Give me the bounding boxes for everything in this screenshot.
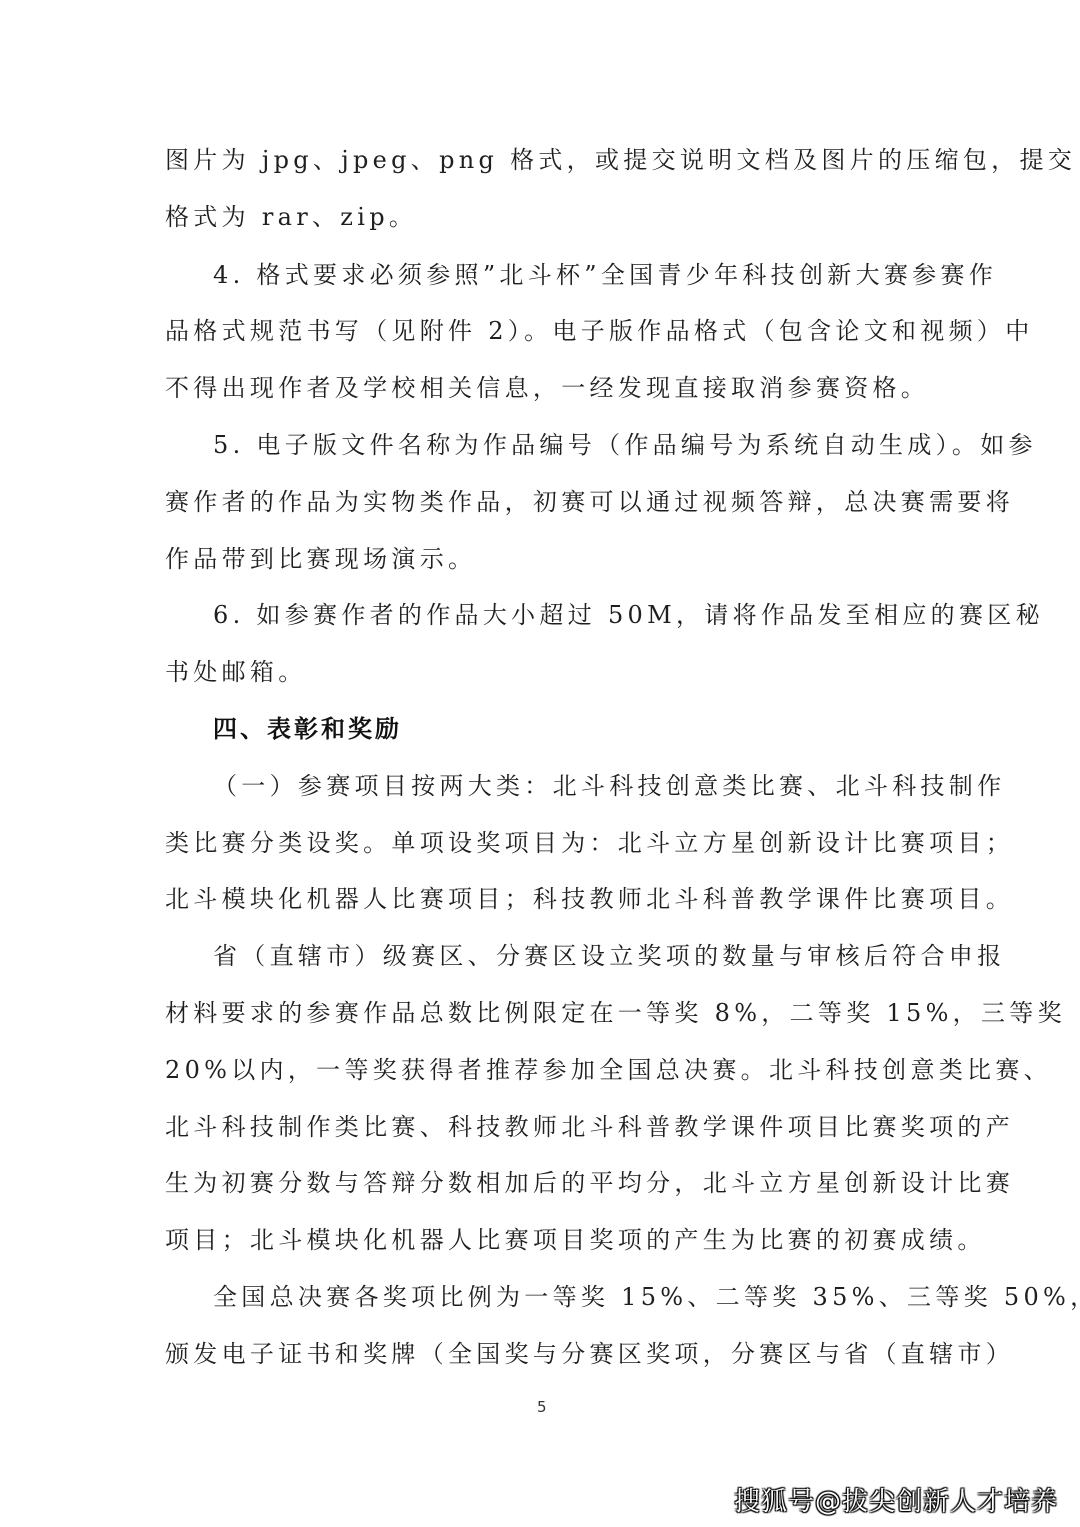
section-heading: 四、表彰和奖励 (213, 714, 925, 744)
subsection-1-line-3: 北斗模块化机器人比赛项目；科技教师北斗科普教学课件比赛项目。 (165, 884, 925, 914)
subsection-1-line-2: 类比赛分类设奖。单项设奖项目为：北斗立方星创新设计比赛项目； (165, 828, 925, 858)
body-line-2: 格式为 rar、zip。 (165, 202, 925, 232)
item-5-line-2: 赛作者的作品为实物类作品，初赛可以通过视频答辩，总决赛需要将 (165, 487, 925, 517)
page-number: 5 (537, 1398, 547, 1416)
document-page: 图片为 jpg、jpeg、png 格式，或提交说明文档及图片的压缩包，提交 格式… (0, 0, 1080, 1527)
paragraph-national-line-2: 颁发电子证书和奖牌（全国奖与分赛区奖项，分赛区与省（直辖市） (165, 1339, 925, 1369)
item-4-line-1: 4. 格式要求必须参照”北斗杯”全国青少年科技创新大赛参赛作 (213, 260, 925, 290)
paragraph-national-line-1: 全国总决赛各奖项比例为一等奖 15%、二等奖 35%、三等奖 50%， (213, 1282, 925, 1312)
watermark: 搜狐号@拔尖创新人才培养 (734, 1481, 1058, 1518)
body-line-1: 图片为 jpg、jpeg、png 格式，或提交说明文档及图片的压缩包，提交 (165, 145, 925, 175)
item-6-line-2: 书处邮箱。 (165, 657, 925, 687)
subsection-1-line-1: （一）参赛项目按两大类：北斗科技创意类比赛、北斗科技制作 (213, 771, 925, 801)
paragraph-provincial-line-6: 项目；北斗模块化机器人比赛项目奖项的产生为比赛的初赛成绩。 (165, 1225, 925, 1255)
paragraph-provincial-line-5: 生为初赛分数与答辩分数相加后的平均分，北斗立方星创新设计比赛 (165, 1168, 925, 1198)
item-4-line-2: 品格式规范书写（见附件 2）。电子版作品格式（包含论文和视频）中 (165, 316, 925, 346)
item-5-line-3: 作品带到比赛现场演示。 (165, 544, 925, 574)
item-4-line-3: 不得出现作者及学校相关信息，一经发现直接取消参赛资格。 (165, 373, 925, 403)
paragraph-provincial-line-2: 材料要求的参赛作品总数比例限定在一等奖 8%，二等奖 15%，三等奖 (165, 998, 925, 1028)
paragraph-provincial-line-3: 20%以内，一等奖获得者推荐参加全国总决赛。北斗科技创意类比赛、 (165, 1055, 925, 1085)
paragraph-provincial-line-4: 北斗科技制作类比赛、科技教师北斗科普教学课件项目比赛奖项的产 (165, 1112, 925, 1142)
paragraph-provincial-line-1: 省（直辖市）级赛区、分赛区设立奖项的数量与审核后符合申报 (213, 941, 925, 971)
item-5-line-1: 5. 电子版文件名称为作品编号（作品编号为系统自动生成）。如参 (213, 430, 925, 460)
item-6-line-1: 6. 如参赛作者的作品大小超过 50M，请将作品发至相应的赛区秘 (213, 600, 925, 630)
